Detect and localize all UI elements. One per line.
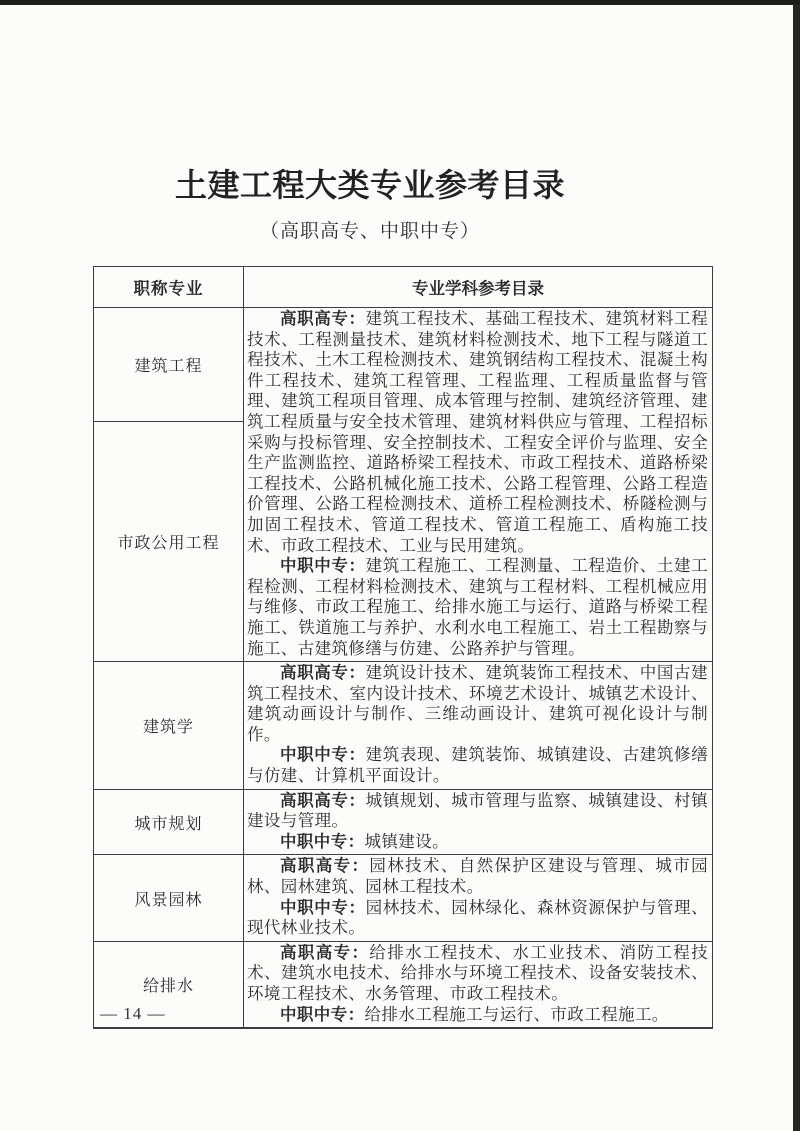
- table-row-landscape-architecture: 风景园林 高职高专：园林技术、自然保护区建设与管理、城市园林、园林建筑、园林工程…: [94, 854, 712, 940]
- major-label-architecture: 建筑学: [94, 662, 244, 789]
- section-label: 高职高专：: [280, 309, 366, 328]
- section-text: 建筑工程技术、基础工程技术、建筑材料工程技术、工程测量技术、建筑材料检测技术、地…: [247, 309, 708, 555]
- section-label: 中职中专：: [280, 556, 366, 575]
- scan-edge-right: [793, 4, 800, 1131]
- catalog-cell: 高职高专：城镇规划、城市管理与监察、城镇建设、村镇建设与管理。 中职中专：城镇建…: [244, 790, 712, 855]
- column-header-major: 职称专业: [94, 267, 244, 307]
- table-row-water-supply-drainage: 给排水 高职高专：给排水工程技术、水工业技术、消防工程技术、建筑水电技术、给排水…: [94, 941, 712, 1027]
- reference-catalog-table: 职称专业 专业学科参考目录 建筑工程 市政公用工程 高职高专：建筑工程技术、基础…: [93, 266, 713, 1029]
- major-label-construction-engineering: 建筑工程: [94, 308, 243, 422]
- section-paragraph-vocational-college: 高职高专：给排水工程技术、水工业技术、消防工程技术、建筑水电技术、给排水与环境工…: [247, 943, 708, 1005]
- catalog-cell: 高职高专：建筑工程技术、基础工程技术、建筑材料工程技术、工程测量技术、建筑材料检…: [244, 308, 712, 661]
- table-row-urban-planning: 城市规划 高职高专：城镇规划、城市管理与监察、城镇建设、村镇建设与管理。 中职中…: [94, 789, 712, 855]
- section-label: 中职中专：: [280, 1005, 365, 1024]
- catalog-cell: 高职高专：建筑设计技术、建筑装饰工程技术、中国古建筑工程技术、室内设计技术、环境…: [244, 662, 712, 789]
- section-label: 高职高专：: [280, 856, 369, 875]
- major-label-landscape-architecture: 风景园林: [94, 855, 244, 940]
- catalog-cell: 高职高专：园林技术、自然保护区建设与管理、城市园林、园林建筑、园林工程技术。 中…: [244, 855, 712, 940]
- section-paragraph-vocational-college: 高职高专：园林技术、自然保护区建设与管理、城市园林、园林建筑、园林工程技术。: [247, 856, 708, 897]
- section-label: 高职高专：: [280, 943, 369, 962]
- section-paragraph-secondary-vocational: 中职中专：给排水工程施工与运行、市政工程施工。: [247, 1005, 708, 1026]
- major-label-urban-planning: 城市规划: [94, 790, 244, 855]
- major-label-column: 建筑工程 市政公用工程: [94, 308, 244, 661]
- table-header-row: 职称专业 专业学科参考目录: [94, 267, 712, 307]
- section-paragraph-vocational-college: 高职高专：建筑设计技术、建筑装饰工程技术、中国古建筑工程技术、室内设计技术、环境…: [247, 663, 708, 745]
- page-title: 土建工程大类专业参考目录: [0, 160, 740, 206]
- section-label: 高职高专：: [280, 791, 366, 810]
- section-paragraph-vocational-college: 高职高专：建筑工程技术、基础工程技术、建筑材料工程技术、工程测量技术、建筑材料检…: [247, 309, 708, 556]
- major-label-municipal-public-engineering: 市政公用工程: [94, 422, 243, 661]
- scanned-page: 土建工程大类专业参考目录 （高职高专、中职中专） 职称专业 专业学科参考目录 建…: [0, 0, 800, 1131]
- section-label: 高职高专：: [280, 663, 366, 682]
- column-header-catalog: 专业学科参考目录: [244, 267, 712, 307]
- section-text: 城镇建设。: [365, 832, 450, 851]
- section-label: 中职中专：: [280, 832, 365, 851]
- section-label: 中职中专：: [280, 745, 366, 764]
- section-label: 中职中专：: [280, 898, 366, 917]
- catalog-cell: 高职高专：给排水工程技术、水工业技术、消防工程技术、建筑水电技术、给排水与环境工…: [244, 942, 712, 1027]
- section-paragraph-secondary-vocational: 中职中专：建筑工程施工、工程测量、工程造价、土建工程检测、工程材料检测技术、建筑…: [247, 556, 708, 659]
- section-paragraph-secondary-vocational: 中职中专：园林技术、园林绿化、森林资源保护与管理、现代林业技术。: [247, 898, 708, 939]
- section-paragraph-secondary-vocational: 中职中专：城镇建设。: [247, 832, 708, 853]
- scan-edge-top: [0, 0, 800, 5]
- table-row-construction-municipal: 建筑工程 市政公用工程 高职高专：建筑工程技术、基础工程技术、建筑材料工程技术、…: [94, 307, 712, 661]
- page-number: — 14 —: [100, 1004, 166, 1024]
- table-row-architecture: 建筑学 高职高专：建筑设计技术、建筑装饰工程技术、中国古建筑工程技术、室内设计技…: [94, 661, 712, 789]
- section-paragraph-vocational-college: 高职高专：城镇规划、城市管理与监察、城镇建设、村镇建设与管理。: [247, 791, 708, 832]
- section-paragraph-secondary-vocational: 中职中专：建筑表现、建筑装饰、城镇建设、古建筑修缮与仿建、计算机平面设计。: [247, 745, 708, 786]
- page-subtitle: （高职高专、中职中专）: [0, 216, 740, 243]
- section-text: 给排水工程施工与运行、市政工程施工。: [365, 1005, 669, 1024]
